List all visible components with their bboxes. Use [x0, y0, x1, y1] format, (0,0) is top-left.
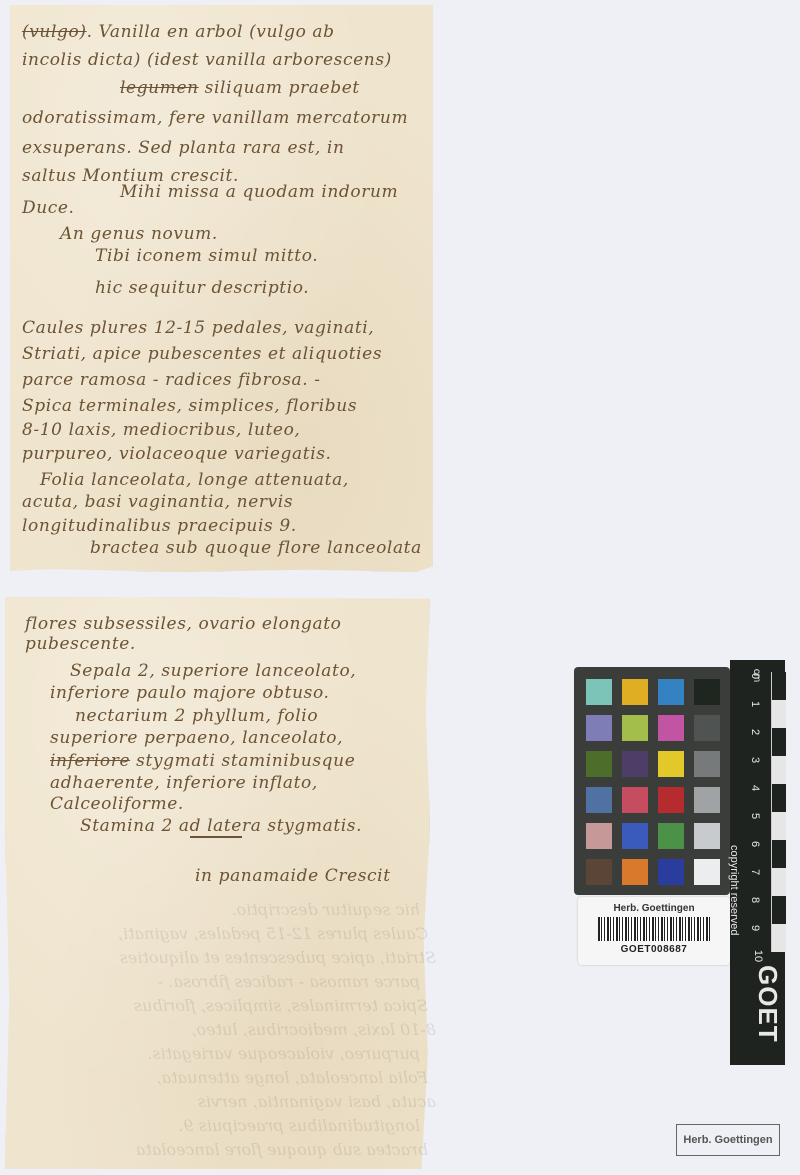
handwritten-line: purpureo, violaceoque variegatis.: [22, 446, 800, 463]
color-patch: [658, 787, 684, 813]
color-patch: [622, 751, 648, 777]
handwritten-line: Mihi missa a quodam indorum: [120, 184, 800, 201]
color-patch: [622, 679, 648, 705]
ruler-segment: [772, 672, 786, 700]
ruler-segment: [772, 700, 786, 728]
color-patch: [622, 715, 648, 741]
ruler-scale-bar: [771, 672, 786, 952]
ruler-segment: [772, 840, 786, 868]
handwritten-line: exsuperans. Sed planta rara est, in: [22, 140, 800, 157]
bleed-through-text: Caules plures 12-15 pedales, vaginati,: [28, 924, 428, 943]
ruler-segment: [772, 924, 786, 952]
handwritten-line: 8-10 laxis, mediocribus, luteo,: [22, 422, 800, 439]
handwritten-line: incolis dicta) (idest vanilla arborescen…: [22, 52, 800, 69]
bleed-through-text: purpureo, violaceoque variegatis.: [20, 1044, 420, 1063]
color-patch: [622, 823, 648, 849]
handwritten-line: Tibi iconem simul mitto.: [95, 248, 800, 265]
color-patch: [586, 823, 612, 849]
color-patch: [586, 787, 612, 813]
handwritten-line: longitudinalibus praecipuis 9.: [22, 518, 800, 535]
ruler-tick-label: 7: [749, 869, 761, 875]
handwritten-line: pubescente.: [25, 636, 800, 653]
color-patch: [622, 859, 648, 885]
color-patch: [658, 715, 684, 741]
bleed-through-text: hic sequitur descriptio.: [20, 900, 420, 919]
handwritten-line: (vulgo). Vanilla en arbol (vulgo ab: [22, 24, 800, 41]
color-patch: [694, 823, 720, 849]
ruler-tick-label: 1: [749, 701, 761, 707]
handwritten-line: legumen siliquam praebet: [120, 80, 800, 97]
bleed-through-text: Striati, apice pubescentes et aliquoties: [36, 948, 436, 967]
ruler-tick-label: 5: [749, 813, 761, 819]
ruler-tick-label: 10: [752, 950, 764, 962]
color-patch: [658, 859, 684, 885]
color-patch: [694, 679, 720, 705]
ruler-tick-label: 2: [749, 729, 761, 735]
barcode-label-title: Herb. Goettingen: [578, 903, 730, 914]
bleed-through-text: Spica terminales, simplices, floribus: [28, 996, 428, 1015]
ruler-segment: [772, 812, 786, 840]
bleed-through-text: acuta, basi vaginantia, nervis: [36, 1092, 436, 1111]
color-patch: [658, 823, 684, 849]
color-patch: [694, 787, 720, 813]
handwritten-line: Folia lanceolata, longe attenuata,: [40, 472, 800, 489]
handwritten-line: acuta, basi vaginantia, nervis: [22, 494, 800, 511]
bleed-through-text: Folia lanceolata, longe attenuata,: [28, 1068, 428, 1087]
color-patch: [622, 787, 648, 813]
bleed-through-text: longitudinalibus praecipuis 9.: [20, 1116, 420, 1135]
ruler-tick-label: 3: [749, 757, 761, 763]
color-patch: [586, 715, 612, 741]
handwritten-line: flores subsessiles, ovario elongato: [25, 616, 800, 633]
color-patch: [658, 751, 684, 777]
color-patch: [586, 751, 612, 777]
handwritten-line: An genus novum.: [60, 226, 800, 243]
color-patch: [586, 679, 612, 705]
color-checker-card: [574, 667, 730, 895]
ruler-tick-label: 0: [749, 673, 761, 679]
ruler-segment: [772, 756, 786, 784]
bleed-through-text: parce ramosa - radices fibrosa. -: [20, 972, 420, 991]
handwritten-line: parce ramosa - radices fibrosa. -: [22, 372, 800, 389]
color-patch: [658, 679, 684, 705]
ruler-tick-label: 4: [749, 785, 761, 791]
barcode-label: Herb. Goettingen GOET008687: [578, 897, 730, 965]
bleed-through-text: bractea sub quoque flore lanceolata: [28, 1140, 428, 1159]
ruler-segment: [772, 896, 786, 924]
ruler-segment: [772, 728, 786, 756]
ruler-tick-label: 9: [749, 925, 761, 931]
handwritten-divider: [190, 836, 242, 838]
handwritten-line: Spica terminales, simplices, floribus: [22, 398, 800, 415]
barcode-number: GOET008687: [578, 944, 730, 955]
ruler-segment: [772, 784, 786, 812]
ruler-segment: [772, 868, 786, 896]
handwritten-line: Caules plures 12-15 pedales, vaginati,: [22, 320, 800, 337]
handwritten-line: bractea sub quoque flore lanceolata: [90, 540, 800, 557]
handwritten-line: hic sequitur descriptio.: [95, 280, 800, 297]
ruler-tick-label: 6: [749, 841, 761, 847]
handwritten-line: Duce.: [22, 200, 800, 217]
color-patch: [694, 715, 720, 741]
color-patch: [586, 859, 612, 885]
color-patch: [694, 859, 720, 885]
barcode-icon: [598, 917, 710, 941]
bleed-through-text: 8-10 laxis, mediocribus, luteo,: [36, 1020, 436, 1039]
herbarium-stamp: Herb. Goettingen: [676, 1124, 780, 1156]
color-patch: [694, 751, 720, 777]
handwritten-line: Striati, apice pubescentes et aliquoties: [22, 346, 800, 363]
ruler-tick-label: 8: [749, 897, 761, 903]
ruler-brand-logo: GOET: [752, 965, 783, 1043]
handwritten-line: odoratissimam, fere vanillam mercatorum: [22, 110, 800, 127]
